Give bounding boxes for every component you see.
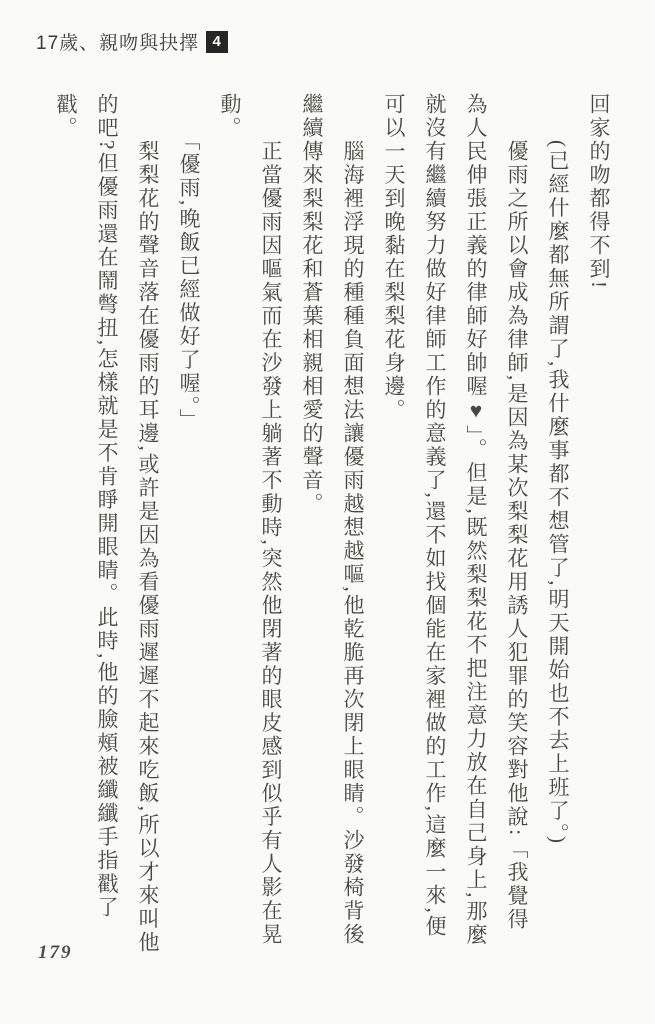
page-number: 179 bbox=[38, 942, 73, 964]
book-page: 17歲、親吻與抉擇 4 回家的吻都得不到! (已經什麼都無所謂了,我什麼事都不想… bbox=[0, 0, 655, 1024]
paragraph: 正當優雨因嘔氣而在沙發上躺著不動時,突然他閉著的眼皮感到似乎有人影在晃動。 bbox=[209, 93, 291, 955]
volume-number-badge: 4 bbox=[206, 31, 228, 53]
paragraph: 回家的吻都得不到! bbox=[578, 93, 619, 955]
running-header: 17歲、親吻與抉擇 4 bbox=[36, 28, 228, 55]
body-text: 回家的吻都得不到! (已經什麼都無所謂了,我什麼事都不想管了,明天開始也不去上班… bbox=[45, 93, 619, 955]
paragraph: 梨梨花的聲音落在優雨的耳邊,或許是因為看優雨遲遲不起來吃飯,所以才來叫他的吧?但… bbox=[45, 93, 168, 955]
paragraph: 「優雨,晚飯已經做好了喔。」 bbox=[168, 93, 209, 955]
paragraph: (已經什麼都無所謂了,我什麼事都不想管了,明天開始也不去上班了。) bbox=[537, 93, 578, 955]
paragraph: 腦海裡浮現的種種負面想法讓優雨越想越嘔,他乾脆再次閉上眼睛。沙發椅背後繼續傳來梨… bbox=[291, 93, 373, 955]
book-title: 17歲、親吻與抉擇 bbox=[36, 28, 199, 55]
paragraph: 優雨之所以會成為律師,是因為某次梨梨花用誘人犯罪的笑容對他說:「我覺得為人民伸張… bbox=[373, 93, 537, 955]
